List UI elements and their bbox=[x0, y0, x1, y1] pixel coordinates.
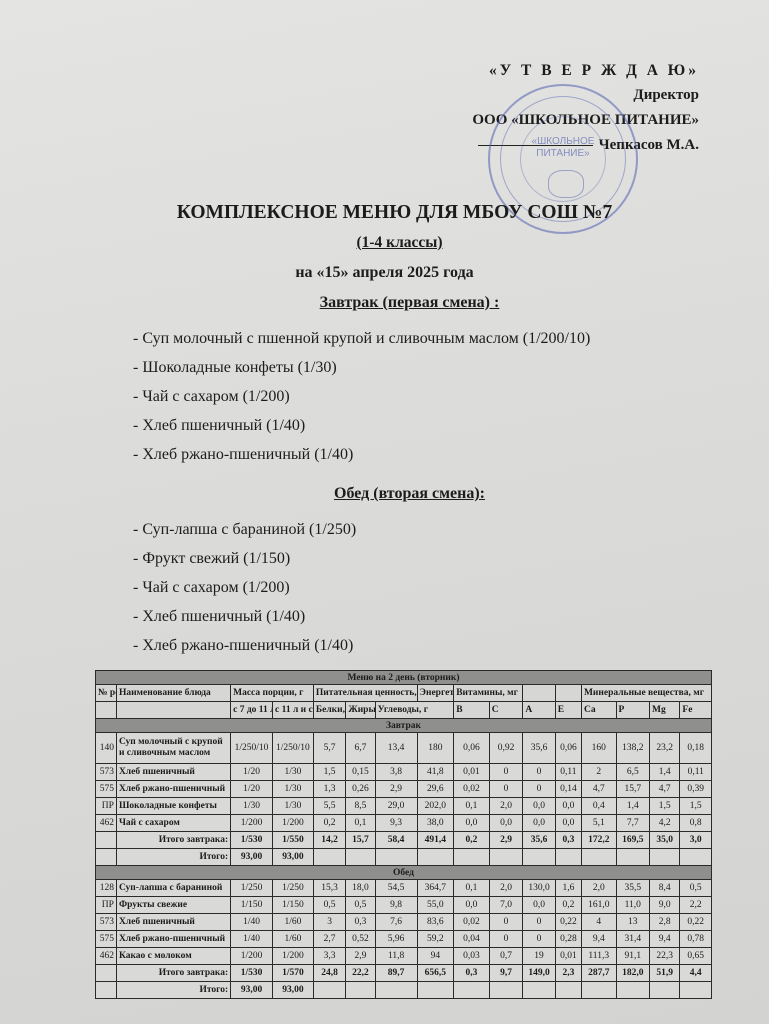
value-mg: 9,0 bbox=[650, 897, 680, 914]
value-energy: 364,7 bbox=[417, 880, 454, 897]
empty-cell bbox=[313, 849, 345, 866]
empty-cell bbox=[680, 982, 712, 999]
list-item: - Суп-лапша с бараниной (1/250) bbox=[133, 515, 356, 544]
recipe-number: 575 bbox=[96, 781, 117, 798]
total-mg: 51,9 bbox=[650, 965, 680, 982]
value-a: 0 bbox=[523, 781, 555, 798]
header-fe: Fe bbox=[680, 702, 712, 719]
empty-cell bbox=[313, 982, 345, 999]
value-e: 0,2 bbox=[555, 897, 581, 914]
value-c: 0 bbox=[489, 764, 523, 781]
portion-age1: 1/250 bbox=[231, 880, 273, 897]
value-b: 0,06 bbox=[454, 733, 490, 764]
empty-cell bbox=[680, 849, 712, 866]
total-c: 9,7 bbox=[489, 965, 523, 982]
header-p: P bbox=[616, 702, 650, 719]
list-item: - Чай с сахаром (1/200) bbox=[133, 573, 356, 602]
value-c: 2,0 bbox=[489, 798, 523, 815]
value-carbs: 5,96 bbox=[375, 931, 417, 948]
value-protein: 1,3 bbox=[313, 781, 345, 798]
header-mg: Mg bbox=[650, 702, 680, 719]
empty-cell bbox=[417, 849, 454, 866]
value-fe: 0,78 bbox=[680, 931, 712, 948]
total-portion-age1: 1/530 bbox=[231, 965, 273, 982]
value-fe: 0,5 bbox=[680, 880, 712, 897]
value-carbs: 2,9 bbox=[375, 781, 417, 798]
value-energy: 180 bbox=[417, 733, 454, 764]
recipe-number: 573 bbox=[96, 914, 117, 931]
value-b: 0,02 bbox=[454, 781, 490, 798]
cost-age2: 93,00 bbox=[273, 849, 314, 866]
portion-age2: 1/30 bbox=[273, 798, 314, 815]
empty-cell bbox=[96, 965, 117, 982]
value-fat: 0,3 bbox=[346, 914, 375, 931]
value-fat: 6,7 bbox=[346, 733, 375, 764]
value-p: 13 bbox=[616, 914, 650, 931]
cost-row: Итого:93,0093,00 bbox=[96, 849, 712, 866]
header-vit-e: E bbox=[555, 702, 581, 719]
value-c: 0 bbox=[489, 914, 523, 931]
portion-age2: 1/200 bbox=[273, 948, 314, 965]
value-a: 0 bbox=[523, 764, 555, 781]
total-a: 149,0 bbox=[523, 965, 555, 982]
value-ca: 160 bbox=[581, 733, 616, 764]
value-mg: 1,5 bbox=[650, 798, 680, 815]
portion-age1: 1/40 bbox=[231, 914, 273, 931]
approval-title: «У Т В Е Р Ж Д А Ю» bbox=[472, 58, 699, 83]
value-ca: 0,4 bbox=[581, 798, 616, 815]
dish-name: Хлеб пшеничный bbox=[116, 764, 230, 781]
table-row: 140Суп молочный с крупой и сливочным мас… bbox=[96, 733, 712, 764]
total-portion-age2: 1/550 bbox=[273, 832, 314, 849]
total-label: Итого завтрака: bbox=[116, 832, 230, 849]
dish-name: Хлеб ржано-пшеничный bbox=[116, 931, 230, 948]
total-fat: 22,2 bbox=[346, 965, 375, 982]
total-fe: 4,4 bbox=[680, 965, 712, 982]
recipe-number: ПР bbox=[96, 897, 117, 914]
value-protein: 0,2 bbox=[313, 815, 345, 832]
empty-cell bbox=[581, 849, 616, 866]
portion-age1: 1/30 bbox=[231, 798, 273, 815]
total-energy: 656,5 bbox=[417, 965, 454, 982]
value-carbs: 11,8 bbox=[375, 948, 417, 965]
empty-cell bbox=[375, 982, 417, 999]
value-fe: 0,39 bbox=[680, 781, 712, 798]
value-energy: 94 bbox=[417, 948, 454, 965]
value-a: 0 bbox=[523, 931, 555, 948]
value-fe: 0,11 bbox=[680, 764, 712, 781]
value-protein: 15,3 bbox=[313, 880, 345, 897]
value-p: 15,7 bbox=[616, 781, 650, 798]
header-recipe-no: № ре bbox=[96, 685, 117, 702]
empty-cell bbox=[96, 982, 117, 999]
dish-name: Шоколадные конфеты bbox=[116, 798, 230, 815]
value-a: 19 bbox=[523, 948, 555, 965]
portion-age2: 1/250/10 bbox=[273, 733, 314, 764]
table-row: ПРШоколадные конфеты1/301/305,58,529,020… bbox=[96, 798, 712, 815]
value-a: 35,6 bbox=[523, 733, 555, 764]
value-b: 0,01 bbox=[454, 764, 490, 781]
value-fat: 0,26 bbox=[346, 781, 375, 798]
value-mg: 4,2 bbox=[650, 815, 680, 832]
stamp-text-1: «ШКОЛЬНОЕ bbox=[490, 136, 636, 148]
empty-cell bbox=[96, 832, 117, 849]
value-energy: 59,2 bbox=[417, 931, 454, 948]
value-fe: 0,65 bbox=[680, 948, 712, 965]
total-carbs: 89,7 bbox=[375, 965, 417, 982]
empty-cell bbox=[523, 849, 555, 866]
empty-cell bbox=[346, 982, 375, 999]
value-mg: 23,2 bbox=[650, 733, 680, 764]
portion-age2: 1/60 bbox=[273, 931, 314, 948]
value-protein: 5,5 bbox=[313, 798, 345, 815]
table-row: 128Суп-лапша с бараниной1/2501/25015,318… bbox=[96, 880, 712, 897]
value-a: 0,0 bbox=[523, 897, 555, 914]
value-c: 0,0 bbox=[489, 815, 523, 832]
empty-cell bbox=[616, 982, 650, 999]
value-p: 91,1 bbox=[616, 948, 650, 965]
empty-cell bbox=[96, 849, 117, 866]
value-e: 0,11 bbox=[555, 764, 581, 781]
value-e: 0,22 bbox=[555, 914, 581, 931]
value-fe: 0,22 bbox=[680, 914, 712, 931]
value-b: 0,02 bbox=[454, 914, 490, 931]
value-mg: 8,4 bbox=[650, 880, 680, 897]
dish-name: Какао с молоком bbox=[116, 948, 230, 965]
header-protein: Белки, г bbox=[313, 702, 345, 719]
table-row: ПРФрукты свежие1/1501/1500,50,59,855,00,… bbox=[96, 897, 712, 914]
cost-age2: 93,00 bbox=[273, 982, 314, 999]
value-fat: 0,52 bbox=[346, 931, 375, 948]
portion-age1: 1/40 bbox=[231, 931, 273, 948]
value-a: 130,0 bbox=[523, 880, 555, 897]
value-ca: 5,1 bbox=[581, 815, 616, 832]
total-energy: 491,4 bbox=[417, 832, 454, 849]
value-fat: 8,5 bbox=[346, 798, 375, 815]
total-ca: 172,2 bbox=[581, 832, 616, 849]
portion-age2: 1/200 bbox=[273, 815, 314, 832]
list-item: - Фрукт свежий (1/150) bbox=[133, 544, 356, 573]
value-fe: 1,5 bbox=[680, 798, 712, 815]
value-carbs: 7,6 bbox=[375, 914, 417, 931]
list-item: - Хлеб ржано-пшеничный (1/40) bbox=[133, 440, 590, 469]
value-p: 31,4 bbox=[616, 931, 650, 948]
portion-age1: 1/150 bbox=[231, 897, 273, 914]
value-energy: 55,0 bbox=[417, 897, 454, 914]
value-p: 7,7 bbox=[616, 815, 650, 832]
total-fat: 15,7 bbox=[346, 832, 375, 849]
section-row: Завтрак bbox=[96, 719, 712, 733]
header-vitamins: Витамины, мг bbox=[454, 685, 523, 702]
dish-name: Хлеб ржано-пшеничный bbox=[116, 781, 230, 798]
value-e: 0,01 bbox=[555, 948, 581, 965]
empty-cell bbox=[454, 849, 490, 866]
total-protein: 24,8 bbox=[313, 965, 345, 982]
value-c: 0,92 bbox=[489, 733, 523, 764]
total-carbs: 58,4 bbox=[375, 832, 417, 849]
table-caption: Меню на 2 день (вторник) bbox=[96, 671, 712, 685]
value-fat: 0,5 bbox=[346, 897, 375, 914]
value-a: 0,0 bbox=[523, 815, 555, 832]
document-grades: (1-4 классы) bbox=[0, 234, 769, 252]
value-p: 35,5 bbox=[616, 880, 650, 897]
portion-age2: 1/60 bbox=[273, 914, 314, 931]
value-b: 0,1 bbox=[454, 880, 490, 897]
total-p: 182,0 bbox=[616, 965, 650, 982]
empty-cell bbox=[375, 849, 417, 866]
recipe-number: 140 bbox=[96, 733, 117, 764]
value-protein: 3 bbox=[313, 914, 345, 931]
list-item: - Чай с сахаром (1/200) bbox=[133, 382, 590, 411]
value-ca: 4,7 bbox=[581, 781, 616, 798]
empty-cell bbox=[650, 849, 680, 866]
value-fat: 0,15 bbox=[346, 764, 375, 781]
value-ca: 2 bbox=[581, 764, 616, 781]
value-c: 2,0 bbox=[489, 880, 523, 897]
empty-cell bbox=[581, 982, 616, 999]
empty-cell bbox=[346, 849, 375, 866]
total-e: 0,3 bbox=[555, 832, 581, 849]
section-title: Завтрак bbox=[96, 719, 712, 733]
value-protein: 1,5 bbox=[313, 764, 345, 781]
value-ca: 9,4 bbox=[581, 931, 616, 948]
value-ca: 111,3 bbox=[581, 948, 616, 965]
header-minerals: Минеральные вещества, мг bbox=[581, 685, 711, 702]
dish-name: Хлеб пшеничный bbox=[116, 914, 230, 931]
value-b: 0,0 bbox=[454, 897, 490, 914]
empty-cell bbox=[489, 849, 523, 866]
table-row: 573Хлеб пшеничный1/401/6030,37,683,60,02… bbox=[96, 914, 712, 931]
header-age1: с 7 до 11 л bbox=[231, 702, 273, 719]
header-energy: Энергет bbox=[417, 685, 454, 702]
value-protein: 0,5 bbox=[313, 897, 345, 914]
recipe-number: 128 bbox=[96, 880, 117, 897]
value-p: 6,5 bbox=[616, 764, 650, 781]
portion-age2: 1/150 bbox=[273, 897, 314, 914]
header-nutrition: Питательная ценность, г bbox=[313, 685, 417, 702]
value-b: 0,03 bbox=[454, 948, 490, 965]
portion-age1: 1/20 bbox=[231, 764, 273, 781]
total-protein: 14,2 bbox=[313, 832, 345, 849]
recipe-number: 462 bbox=[96, 948, 117, 965]
menu-document: «У Т В Е Р Ж Д А Ю» Директор ООО «ШКОЛЬН… bbox=[0, 0, 769, 1024]
table-row: 462Какао с молоком1/2001/2003,32,911,894… bbox=[96, 948, 712, 965]
document-title: КОМПЛЕКСНОЕ МЕНЮ ДЛЯ МБОУ СОШ №7 bbox=[0, 202, 769, 224]
value-protein: 2,7 bbox=[313, 931, 345, 948]
portion-age2: 1/30 bbox=[273, 781, 314, 798]
stamp-emblem-icon bbox=[548, 170, 584, 198]
value-e: 0,28 bbox=[555, 931, 581, 948]
value-carbs: 54,5 bbox=[375, 880, 417, 897]
value-ca: 161,0 bbox=[581, 897, 616, 914]
breakfast-list: - Суп молочный с пшенной крупой и сливоч… bbox=[133, 324, 590, 469]
recipe-number: 573 bbox=[96, 764, 117, 781]
value-b: 0,1 bbox=[454, 798, 490, 815]
value-p: 11,0 bbox=[616, 897, 650, 914]
document-date: на «15» апреля 2025 года bbox=[0, 264, 769, 282]
empty-cell bbox=[555, 982, 581, 999]
table-row: 575Хлеб ржано-пшеничный1/401/602,70,525,… bbox=[96, 931, 712, 948]
header-vit-a: A bbox=[523, 702, 555, 719]
total-mg: 35,0 bbox=[650, 832, 680, 849]
value-ca: 2,0 bbox=[581, 880, 616, 897]
total-portion-age2: 1/570 bbox=[273, 965, 314, 982]
breakfast-heading: Завтрак (первая смена) : bbox=[0, 294, 769, 312]
list-item: - Хлеб пшеничный (1/40) bbox=[133, 411, 590, 440]
value-a: 0 bbox=[523, 914, 555, 931]
total-e: 2,3 bbox=[555, 965, 581, 982]
table-row: 462Чай с сахаром1/2001/2000,20,19,338,00… bbox=[96, 815, 712, 832]
value-fat: 18,0 bbox=[346, 880, 375, 897]
total-p: 169,5 bbox=[616, 832, 650, 849]
header-fat: Жиры, bbox=[346, 702, 375, 719]
value-mg: 22,3 bbox=[650, 948, 680, 965]
total-label: Итого завтрака: bbox=[116, 965, 230, 982]
empty-cell bbox=[489, 982, 523, 999]
portion-age1: 1/200 bbox=[231, 948, 273, 965]
dish-name: Фрукты свежие bbox=[116, 897, 230, 914]
value-ca: 4 bbox=[581, 914, 616, 931]
value-carbs: 29,0 bbox=[375, 798, 417, 815]
empty-cell bbox=[417, 982, 454, 999]
header-vit-c: C bbox=[489, 702, 523, 719]
value-carbs: 13,4 bbox=[375, 733, 417, 764]
dish-name: Суп-лапша с бараниной bbox=[116, 880, 230, 897]
header-carbs: Углеводы, г bbox=[375, 702, 454, 719]
value-mg: 2,8 bbox=[650, 914, 680, 931]
value-protein: 3,3 bbox=[313, 948, 345, 965]
total-b: 0,2 bbox=[454, 832, 490, 849]
header-dish-name: Наименование блюда bbox=[116, 685, 230, 702]
dish-name: Суп молочный с крупой и сливочным маслом bbox=[116, 733, 230, 764]
dish-name: Чай с сахаром bbox=[116, 815, 230, 832]
total-b: 0,3 bbox=[454, 965, 490, 982]
section-row: Обед bbox=[96, 866, 712, 880]
total-a: 35,6 bbox=[523, 832, 555, 849]
total-portion-age1: 1/530 bbox=[231, 832, 273, 849]
total-c: 2,9 bbox=[489, 832, 523, 849]
list-item: - Суп молочный с пшенной крупой и сливоч… bbox=[133, 324, 590, 353]
value-c: 0,7 bbox=[489, 948, 523, 965]
value-fat: 0,1 bbox=[346, 815, 375, 832]
header-age2: с 11 л и с bbox=[273, 702, 314, 719]
value-mg: 1,4 bbox=[650, 764, 680, 781]
value-energy: 38,0 bbox=[417, 815, 454, 832]
empty-cell bbox=[454, 982, 490, 999]
empty-cell bbox=[555, 849, 581, 866]
list-item: - Хлеб пшеничный (1/40) bbox=[133, 602, 356, 631]
value-protein: 5,7 bbox=[313, 733, 345, 764]
value-e: 1,6 bbox=[555, 880, 581, 897]
value-fe: 0,18 bbox=[680, 733, 712, 764]
cost-age1: 93,00 bbox=[231, 849, 273, 866]
recipe-number: 575 bbox=[96, 931, 117, 948]
value-c: 0 bbox=[489, 781, 523, 798]
table-row: 573Хлеб пшеничный1/201/301,50,153,841,80… bbox=[96, 764, 712, 781]
value-e: 0,06 bbox=[555, 733, 581, 764]
value-carbs: 3,8 bbox=[375, 764, 417, 781]
value-p: 138,2 bbox=[616, 733, 650, 764]
cost-label: Итого: bbox=[116, 849, 230, 866]
value-mg: 9,4 bbox=[650, 931, 680, 948]
value-carbs: 9,8 bbox=[375, 897, 417, 914]
recipe-number: 462 bbox=[96, 815, 117, 832]
value-energy: 202,0 bbox=[417, 798, 454, 815]
portion-age1: 1/20 bbox=[231, 781, 273, 798]
table-row: 575Хлеб ржано-пшеничный1/201/301,30,262,… bbox=[96, 781, 712, 798]
value-energy: 41,8 bbox=[417, 764, 454, 781]
section-title: Обед bbox=[96, 866, 712, 880]
portion-age1: 1/250/10 bbox=[231, 733, 273, 764]
value-p: 1,4 bbox=[616, 798, 650, 815]
value-e: 0,0 bbox=[555, 815, 581, 832]
value-fe: 2,2 bbox=[680, 897, 712, 914]
value-b: 0,0 bbox=[454, 815, 490, 832]
value-b: 0,04 bbox=[454, 931, 490, 948]
value-c: 7,0 bbox=[489, 897, 523, 914]
lunch-heading: Обед (вторая смена): bbox=[0, 485, 769, 503]
value-e: 0,14 bbox=[555, 781, 581, 798]
value-fe: 0,8 bbox=[680, 815, 712, 832]
portion-age2: 1/250 bbox=[273, 880, 314, 897]
total-row: Итого завтрака:1/5301/55014,215,758,4491… bbox=[96, 832, 712, 849]
empty-cell bbox=[616, 849, 650, 866]
portion-age1: 1/200 bbox=[231, 815, 273, 832]
empty-cell bbox=[523, 982, 555, 999]
header-portion: Масса порции, г bbox=[231, 685, 314, 702]
value-mg: 4,7 bbox=[650, 781, 680, 798]
cost-age1: 93,00 bbox=[231, 982, 273, 999]
header-vit-b: B bbox=[454, 702, 490, 719]
stamp-text-2: ПИТАНИЕ» bbox=[490, 148, 636, 160]
empty-cell bbox=[650, 982, 680, 999]
total-fe: 3,0 bbox=[680, 832, 712, 849]
value-carbs: 9,3 bbox=[375, 815, 417, 832]
lunch-list: - Суп-лапша с бараниной (1/250) - Фрукт … bbox=[133, 515, 356, 660]
cost-label: Итого: bbox=[116, 982, 230, 999]
value-c: 0 bbox=[489, 931, 523, 948]
total-row: Итого завтрака:1/5301/57024,822,289,7656… bbox=[96, 965, 712, 982]
cost-row: Итого:93,0093,00 bbox=[96, 982, 712, 999]
value-energy: 29,6 bbox=[417, 781, 454, 798]
value-e: 0,0 bbox=[555, 798, 581, 815]
list-item: - Хлеб ржано-пшеничный (1/40) bbox=[133, 631, 356, 660]
total-ca: 287,7 bbox=[581, 965, 616, 982]
nutrition-table: Меню на 2 день (вторник) № ре Наименован… bbox=[95, 670, 712, 999]
header-ca: Ca bbox=[581, 702, 616, 719]
value-a: 0,0 bbox=[523, 798, 555, 815]
recipe-number: ПР bbox=[96, 798, 117, 815]
portion-age2: 1/30 bbox=[273, 764, 314, 781]
value-energy: 83,6 bbox=[417, 914, 454, 931]
list-item: - Шоколадные конфеты (1/30) bbox=[133, 353, 590, 382]
value-fat: 2,9 bbox=[346, 948, 375, 965]
